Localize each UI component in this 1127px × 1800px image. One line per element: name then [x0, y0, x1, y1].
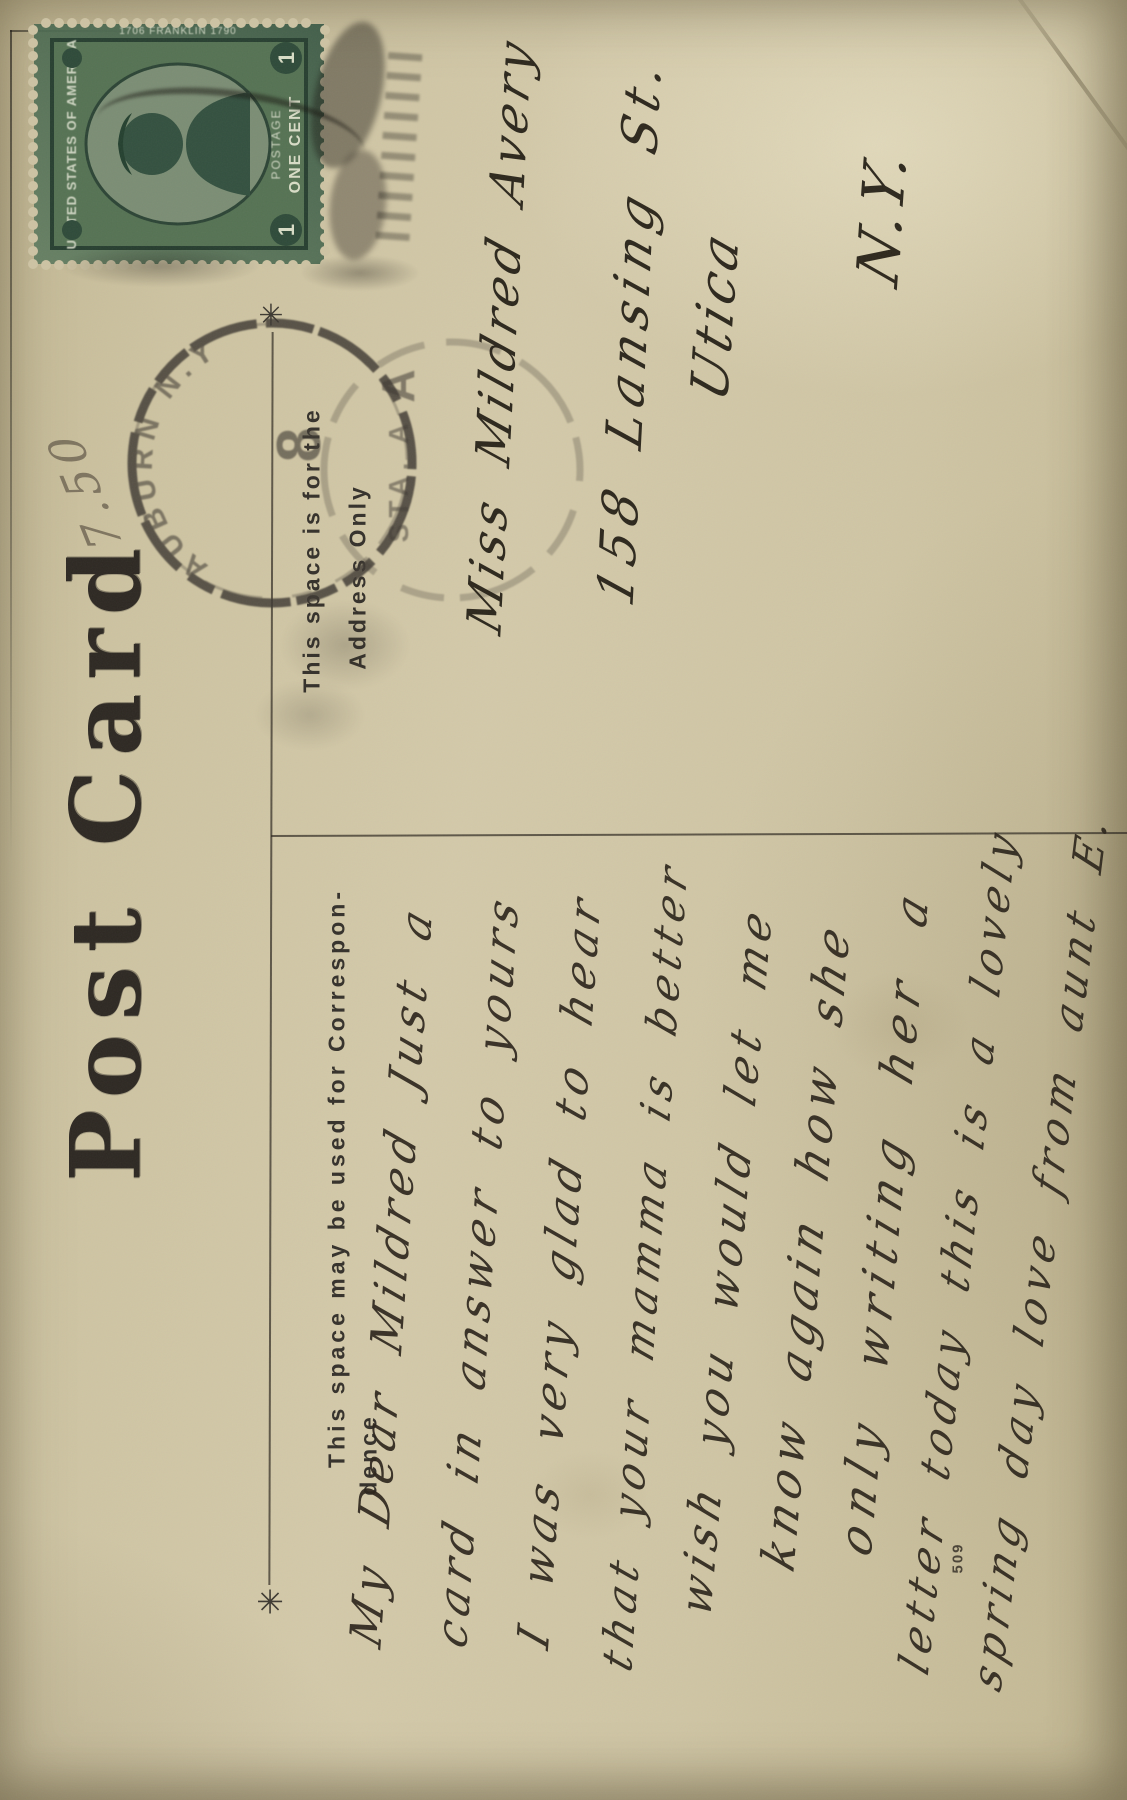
- postmark-smudge: [280, 600, 410, 690]
- postcard-title: Post Card: [50, 534, 163, 1182]
- postmark: AUBURN N.Y. 8: [52, 243, 492, 683]
- message-instruction-line1: This space may be used for Correspon-: [324, 888, 351, 1468]
- address-instruction-line1: This space is for the: [299, 407, 326, 692]
- message-line: card in answer to yours: [427, 885, 529, 1654]
- stamp-series-text: 1706 FRANKLIN 1790: [119, 26, 237, 37]
- postmark-day-text: 8: [265, 428, 334, 462]
- header-rule: [268, 332, 273, 1585]
- stamp-numeral-left: 1: [274, 224, 299, 236]
- postmark-station-letter: A: [372, 369, 424, 402]
- asterisk-ornament-top: ✳: [258, 299, 283, 334]
- stamp-country-text: UNITED STATES OF AMERICA: [64, 39, 79, 250]
- stamp-numeral-right: 1: [274, 52, 299, 64]
- crease-top-right: [998, 0, 1127, 167]
- cancel-mark: [324, 147, 391, 262]
- asterisk-ornament-bottom: ✳: [256, 1583, 284, 1622]
- pencil-price-note: 7.50: [34, 426, 135, 555]
- card-number: 509: [950, 1542, 967, 1573]
- address-instruction-line2: Address Only: [345, 484, 372, 670]
- postmark-city-text: AUBURN N.Y.: [52, 333, 222, 683]
- postmark-smudge: [255, 680, 365, 750]
- border-line-vertical: [10, 30, 12, 860]
- postmark-station-text: STA. A: [383, 418, 414, 543]
- postage-stamp: UNITED STATES OF AMERICA 1706 FRANKLIN 1…: [28, 18, 330, 270]
- stamp-postage-text: POSTAGE: [269, 108, 283, 179]
- address-line-city: Utica: [681, 221, 751, 408]
- stamp-graphic: UNITED STATES OF AMERICA 1706 FRANKLIN 1…: [28, 18, 330, 270]
- message-line: My Dear Mildred Just a: [341, 896, 443, 1654]
- postmark-second-strike: STA. A A: [292, 310, 612, 630]
- stamp-denomination-text: ONE CENT: [287, 95, 304, 194]
- address-line-street: 158 Lansing St.: [587, 47, 673, 612]
- cancel-bars: [375, 49, 422, 241]
- address-line-state: N.Y.: [844, 136, 920, 295]
- svg-text:AUBURN N.Y.: AUBURN N.Y.: [52, 333, 222, 683]
- message-line: I was very glad to hear: [509, 885, 611, 1655]
- address-line-name: Miss Mildred Avery: [457, 29, 543, 640]
- postcard-back: ✳ ✳ Post Card 7.50 This space is for the…: [0, 0, 1127, 1800]
